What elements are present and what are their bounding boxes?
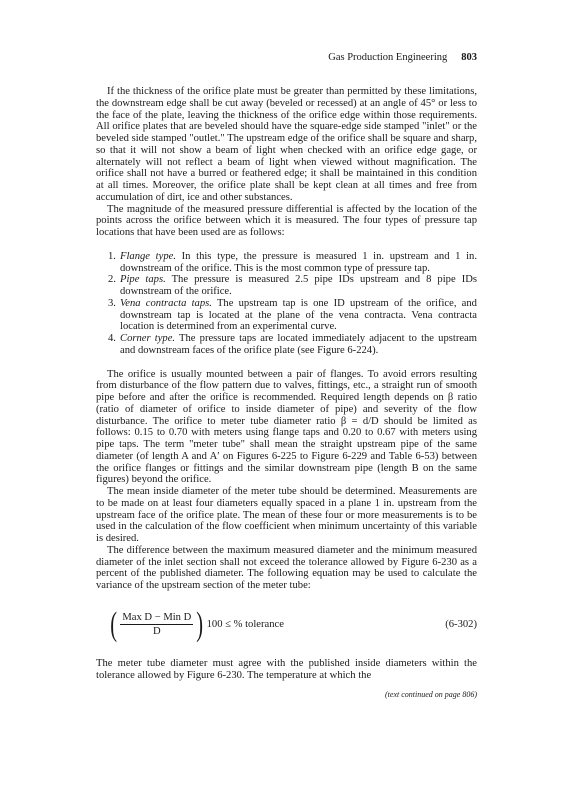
- page-number: 803: [461, 52, 477, 63]
- paragraph-orifice-mounting: The orifice is usually mounted between a…: [96, 369, 477, 487]
- equation-rest: 100 ≤ % tolerance: [207, 619, 284, 631]
- document-page: Gas Production Engineering 803 If the th…: [96, 52, 477, 701]
- list-text: The pressure is measured 2.5 pipe IDs up…: [120, 274, 477, 297]
- paragraph-orifice-thickness: If the thickness of the orifice plate mu…: [96, 86, 477, 204]
- list-term: Pipe taps.: [120, 274, 166, 285]
- fraction: Max D − Min D D: [120, 612, 193, 639]
- list-number: 4.: [108, 333, 116, 345]
- continued-note: (text continued on page 806): [96, 689, 477, 701]
- paragraph-mean-diameter: The mean inside diameter of the meter tu…: [96, 486, 477, 545]
- list-term: Vena contracta taps.: [120, 298, 212, 309]
- paragraph-pressure-differential: The magnitude of the measured pressure d…: [96, 204, 477, 239]
- list-item: 1.Flange type. In this type, the pressur…: [96, 251, 477, 275]
- open-paren: (: [110, 608, 117, 642]
- list-item: 2.Pipe taps. The pressure is measured 2.…: [96, 274, 477, 298]
- list-item: 4.Corner type. The pressure taps are loc…: [96, 333, 477, 357]
- fraction-denominator: D: [153, 625, 161, 638]
- list-item: 3.Vena contracta taps. The upstream tap …: [96, 298, 477, 333]
- equation-expression: ( Max D − Min D D ) 100 ≤ % tolerance: [108, 608, 284, 642]
- list-number: 2.: [108, 274, 116, 286]
- paragraph-meter-tube-diameter: The meter tube diameter must agree with …: [96, 658, 477, 682]
- paragraph-diameter-difference: The difference between the maximum measu…: [96, 545, 477, 592]
- list-number: 3.: [108, 298, 116, 310]
- list-term: Flange type.: [120, 251, 176, 262]
- close-paren: ): [197, 608, 204, 642]
- running-head-title: Gas Production Engineering: [328, 52, 447, 63]
- equation-number: (6-302): [445, 619, 477, 631]
- pressure-tap-list: 1.Flange type. In this type, the pressur…: [96, 251, 477, 357]
- list-number: 1.: [108, 251, 116, 263]
- body-text: If the thickness of the orifice plate mu…: [96, 86, 477, 701]
- list-term: Corner type.: [120, 333, 175, 344]
- running-head: Gas Production Engineering 803: [96, 52, 477, 66]
- equation-6-302: ( Max D − Min D D ) 100 ≤ % tolerance (6…: [96, 608, 477, 642]
- fraction-numerator: Max D − Min D: [120, 612, 193, 626]
